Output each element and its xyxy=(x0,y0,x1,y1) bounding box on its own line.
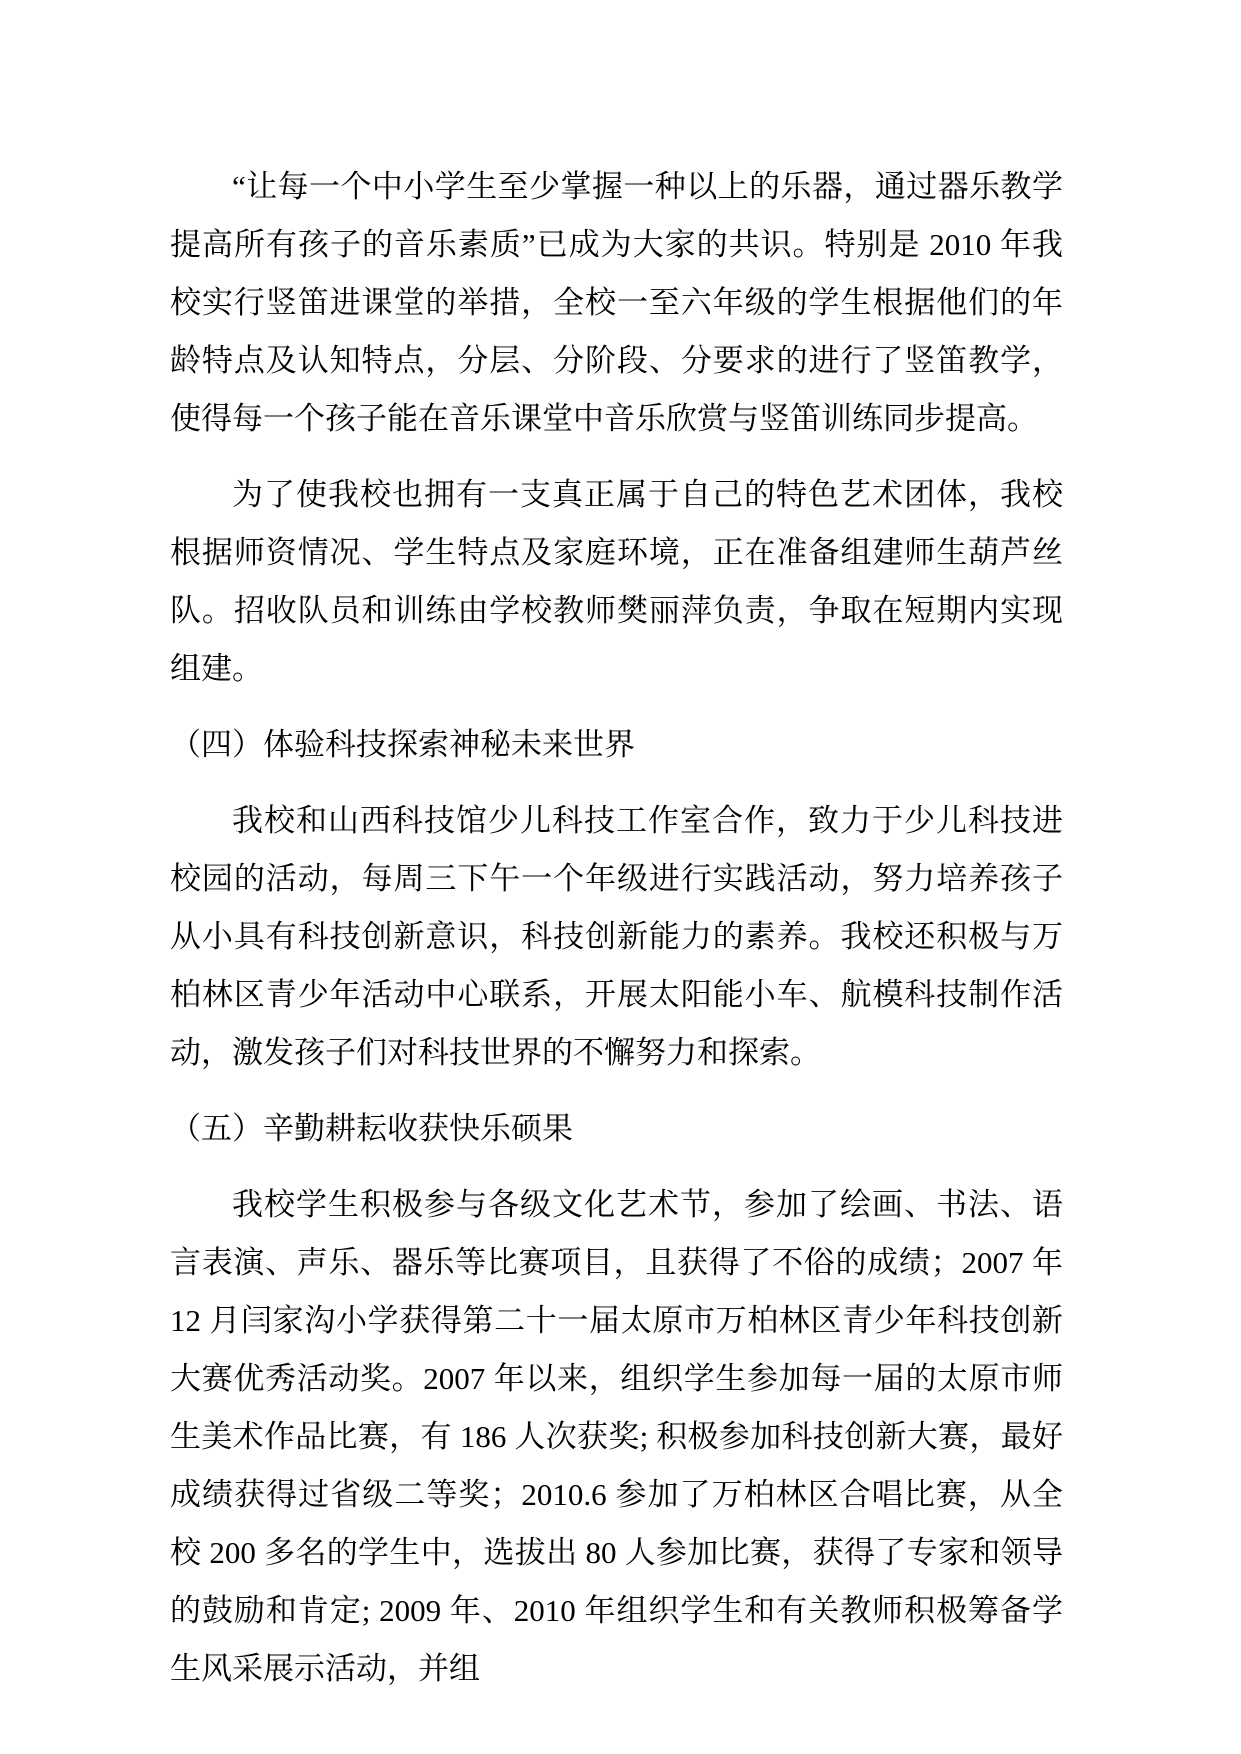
document-content: “让每一个中小学生至少掌握一种以上的乐器，通过器乐教学提高所有孩子的音乐素质”已… xyxy=(170,0,1063,1716)
body-paragraph: 为了使我校也拥有一支真正属于自己的特色艺术团体，我校根据师资情况、学生特点及家庭… xyxy=(170,466,1063,698)
section-heading-four: （四）体验科技探索神秘未来世界 xyxy=(170,716,1063,774)
body-paragraph: “让每一个中小学生至少掌握一种以上的乐器，通过器乐教学提高所有孩子的音乐素质”已… xyxy=(170,158,1063,448)
body-paragraph: 我校学生积极参与各级文化艺术节，参加了绘画、书法、语言表演、声乐、器乐等比赛项目… xyxy=(170,1176,1063,1698)
document-page: “让每一个中小学生至少掌握一种以上的乐器，通过器乐教学提高所有孩子的音乐素质”已… xyxy=(0,0,1241,1754)
section-heading-five: （五）辛勤耕耘收获快乐硕果 xyxy=(170,1100,1063,1158)
body-paragraph: 我校和山西科技馆少儿科技工作室合作，致力于少儿科技进校园的活动，每周三下午一个年… xyxy=(170,792,1063,1082)
